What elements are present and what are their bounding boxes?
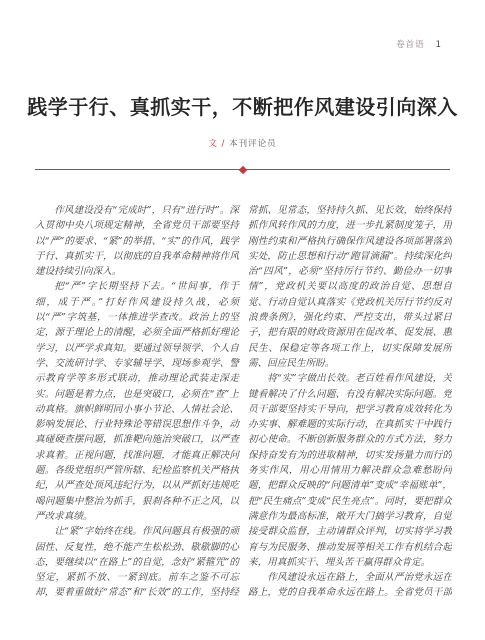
byline: 文 / 本刊评论员 [0, 137, 485, 149]
byline-author: 本刊评论员 [229, 139, 277, 149]
magazine-page: 卷首语 1 践学于行、真抓实干，不断把作风建设引向深入 文 / 本刊评论员 作风… [0, 0, 485, 640]
paragraph: 将“实”字做出长效。老百姓看作风建设，关键看解决了什么问题、有没有解决实际问题。… [248, 371, 452, 570]
byline-prefix: 文 / [208, 139, 225, 149]
title-divider-rule [35, 169, 450, 170]
section-label: 卷首语 [396, 38, 425, 50]
page-number: 1 [436, 40, 441, 50]
paragraph: 把“严”字长期坚持下去。“世间事，作于细，成于严。”打好作风建设持久战，必须以“… [35, 279, 239, 524]
article-title: 践学于行、真抓实干，不断把作风建设引向深入 [20, 94, 465, 120]
diamond-icon [238, 165, 246, 173]
paragraph: 作风建设没有“完成时”，只有“进行时”。深入贯彻中央八项规定精神，全省党员干部要… [35, 203, 239, 279]
page-header: 卷首语 1 [396, 38, 441, 50]
article-body: 作风建设没有“完成时”，只有“进行时”。深入贯彻中央八项规定精神，全省党员干部要… [35, 203, 452, 609]
